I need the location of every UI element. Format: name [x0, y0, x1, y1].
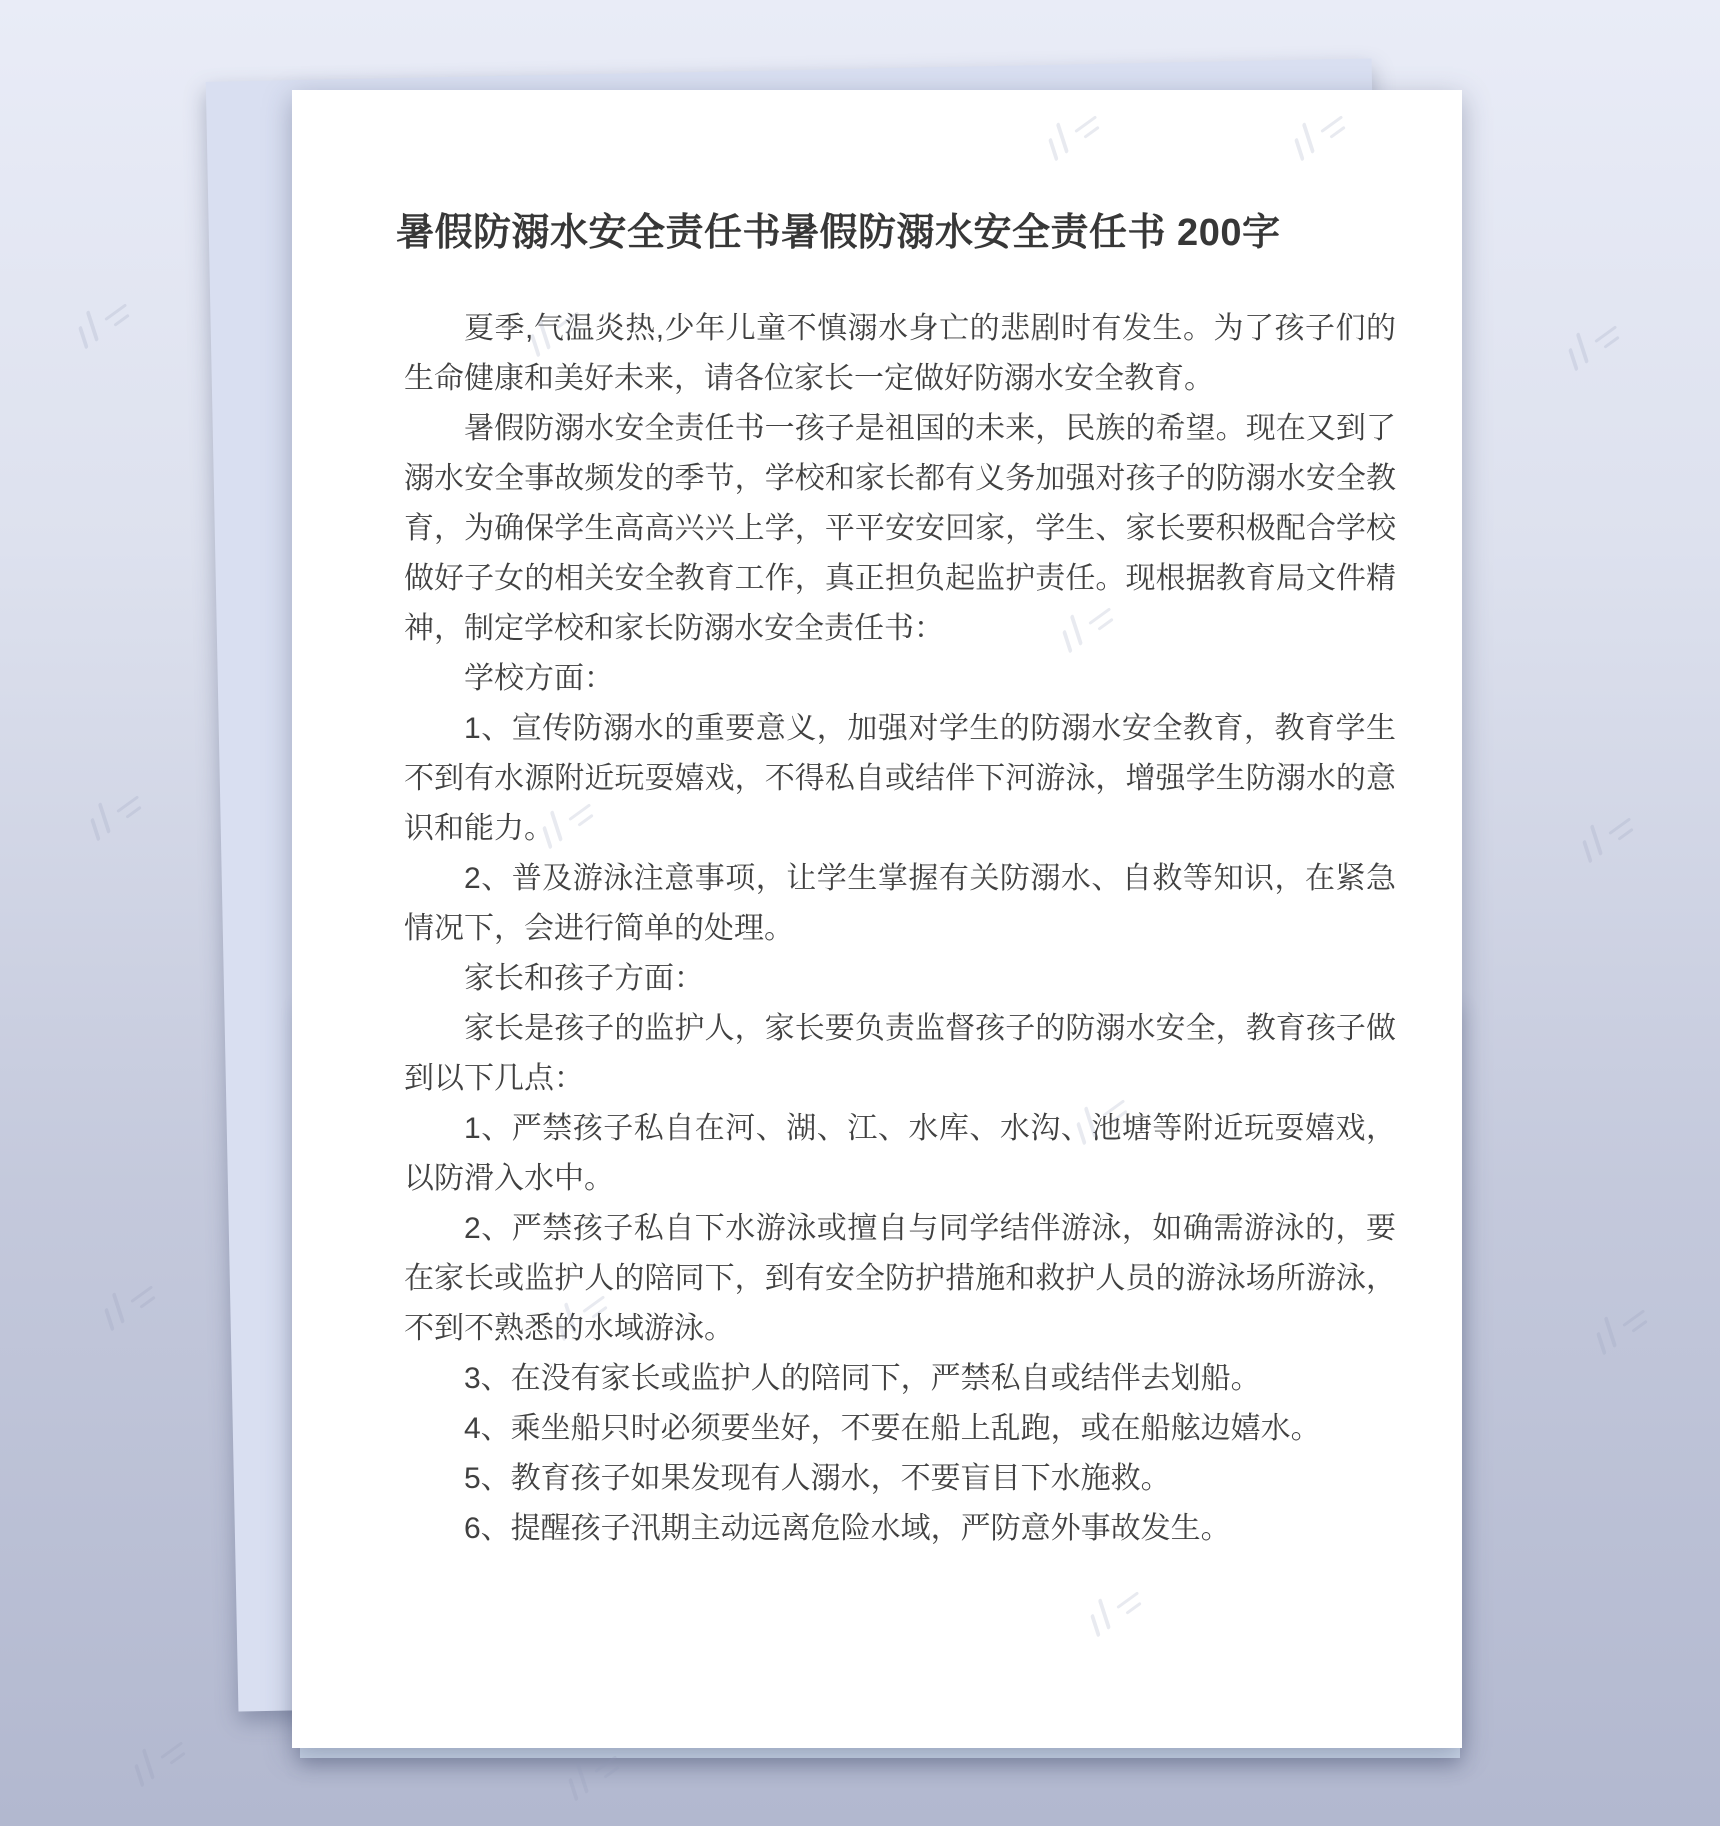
- document-paragraph: 5、教育孩子如果发现有人溺水，不要盲目下水施救。: [404, 1454, 1396, 1504]
- document-paragraph: 2、普及游泳注意事项，让学生掌握有关防溺水、自救等知识，在紧急情况下，会进行简单…: [404, 854, 1396, 954]
- document-paragraph: 3、在没有家长或监护人的陪同下，严禁私自或结伴去划船。: [404, 1354, 1396, 1404]
- document-paragraph: 家长和孩子方面：: [404, 954, 1396, 1004]
- document-body: 夏季,气温炎热,少年儿童不慎溺水身亡的悲剧时有发生。为了孩子们的生命健康和美好未…: [404, 304, 1396, 1554]
- watermark-mark: [1581, 1292, 1662, 1370]
- document-paragraph: 学校方面：: [404, 654, 1396, 704]
- document-preview-stage: 暑假防溺水安全责任书暑假防溺水安全责任书 200字 夏季,气温炎热,少年儿童不慎…: [0, 0, 1720, 1826]
- document-title: 暑假防溺水安全责任书暑假防溺水安全责任书 200字: [396, 190, 1326, 276]
- document-paragraph: 夏季,气温炎热,少年儿童不慎溺水身亡的悲剧时有发生。为了孩子们的生命健康和美好未…: [404, 304, 1396, 404]
- watermark-mark: [1553, 308, 1634, 386]
- document-page: 暑假防溺水安全责任书暑假防溺水安全责任书 200字 夏季,气温炎热,少年儿童不慎…: [292, 90, 1462, 1748]
- document-paragraph: 1、宣传防溺水的重要意义，加强对学生的防溺水安全教育，教育学生不到有水源附近玩耍…: [404, 704, 1396, 854]
- document-paragraph: 1、严禁孩子私自在河、湖、江、水库、水沟、池塘等附近玩耍嬉戏，以防滑入水中。: [404, 1104, 1396, 1204]
- watermark-mark: [1567, 800, 1648, 878]
- document-paragraph: 4、乘坐船只时必须要坐好，不要在船上乱跑，或在船舷边嬉水。: [404, 1404, 1396, 1454]
- watermark-mark: [63, 286, 144, 364]
- document-paragraph: 6、提醒孩子汛期主动远离危险水域，严防意外事故发生。: [404, 1504, 1396, 1554]
- document-paragraph: 2、严禁孩子私自下水游泳或擅自与同学结伴游泳，如确需游泳的，要在家长或监护人的陪…: [404, 1204, 1396, 1354]
- watermark-mark: [75, 778, 156, 856]
- watermark-mark: [119, 1724, 200, 1802]
- document-paragraph: 家长是孩子的监护人，家长要负责监督孩子的防溺水安全，教育孩子做到以下几点：: [404, 1004, 1396, 1104]
- document-paragraph: 暑假防溺水安全责任书一孩子是祖国的未来，民族的希望。现在又到了溺水安全事故频发的…: [404, 404, 1396, 654]
- watermark-mark: [89, 1268, 170, 1346]
